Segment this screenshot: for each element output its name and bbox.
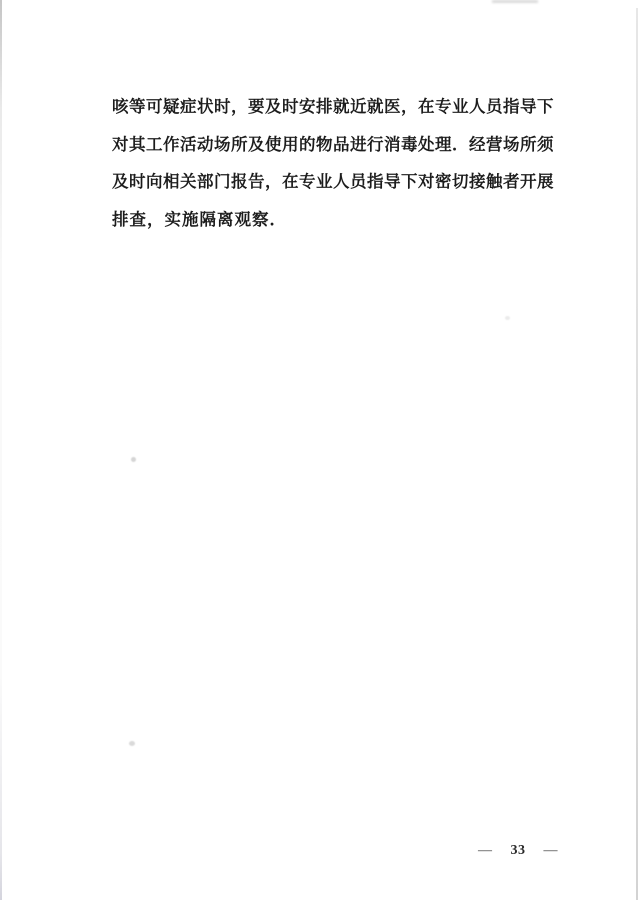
scanned-document-page: 咳等可疑症状时，要及时安排就近就医，在专业人员指导下 对其工作活动场所及使用的物… [0,0,639,900]
scan-edge-right [636,8,638,900]
scan-smudge-top [492,0,538,3]
text-line-3: 及时向相关部门报告，在专业人员指导下对密切接触者开展 [112,163,548,201]
scan-edge-left [0,0,2,900]
document-body-paragraph: 咳等可疑症状时，要及时安排就近就医，在专业人员指导下 对其工作活动场所及使用的物… [112,88,548,238]
footer-left-dash: — [478,843,493,859]
scan-speckle [129,741,135,746]
footer-right-dash: — [544,843,559,859]
text-line-4: 排查，实施隔离观察． [112,201,548,239]
text-line-1: 咳等可疑症状时，要及时安排就近就医，在专业人员指导下 [112,88,548,126]
text-line-2: 对其工作活动场所及使用的物品进行消毒处理．经营场所须 [112,126,548,164]
scan-speckle [505,316,510,320]
page-number-footer: — 33 — [478,841,558,861]
page-number: 33 [511,843,526,859]
scan-speckle [131,457,136,462]
